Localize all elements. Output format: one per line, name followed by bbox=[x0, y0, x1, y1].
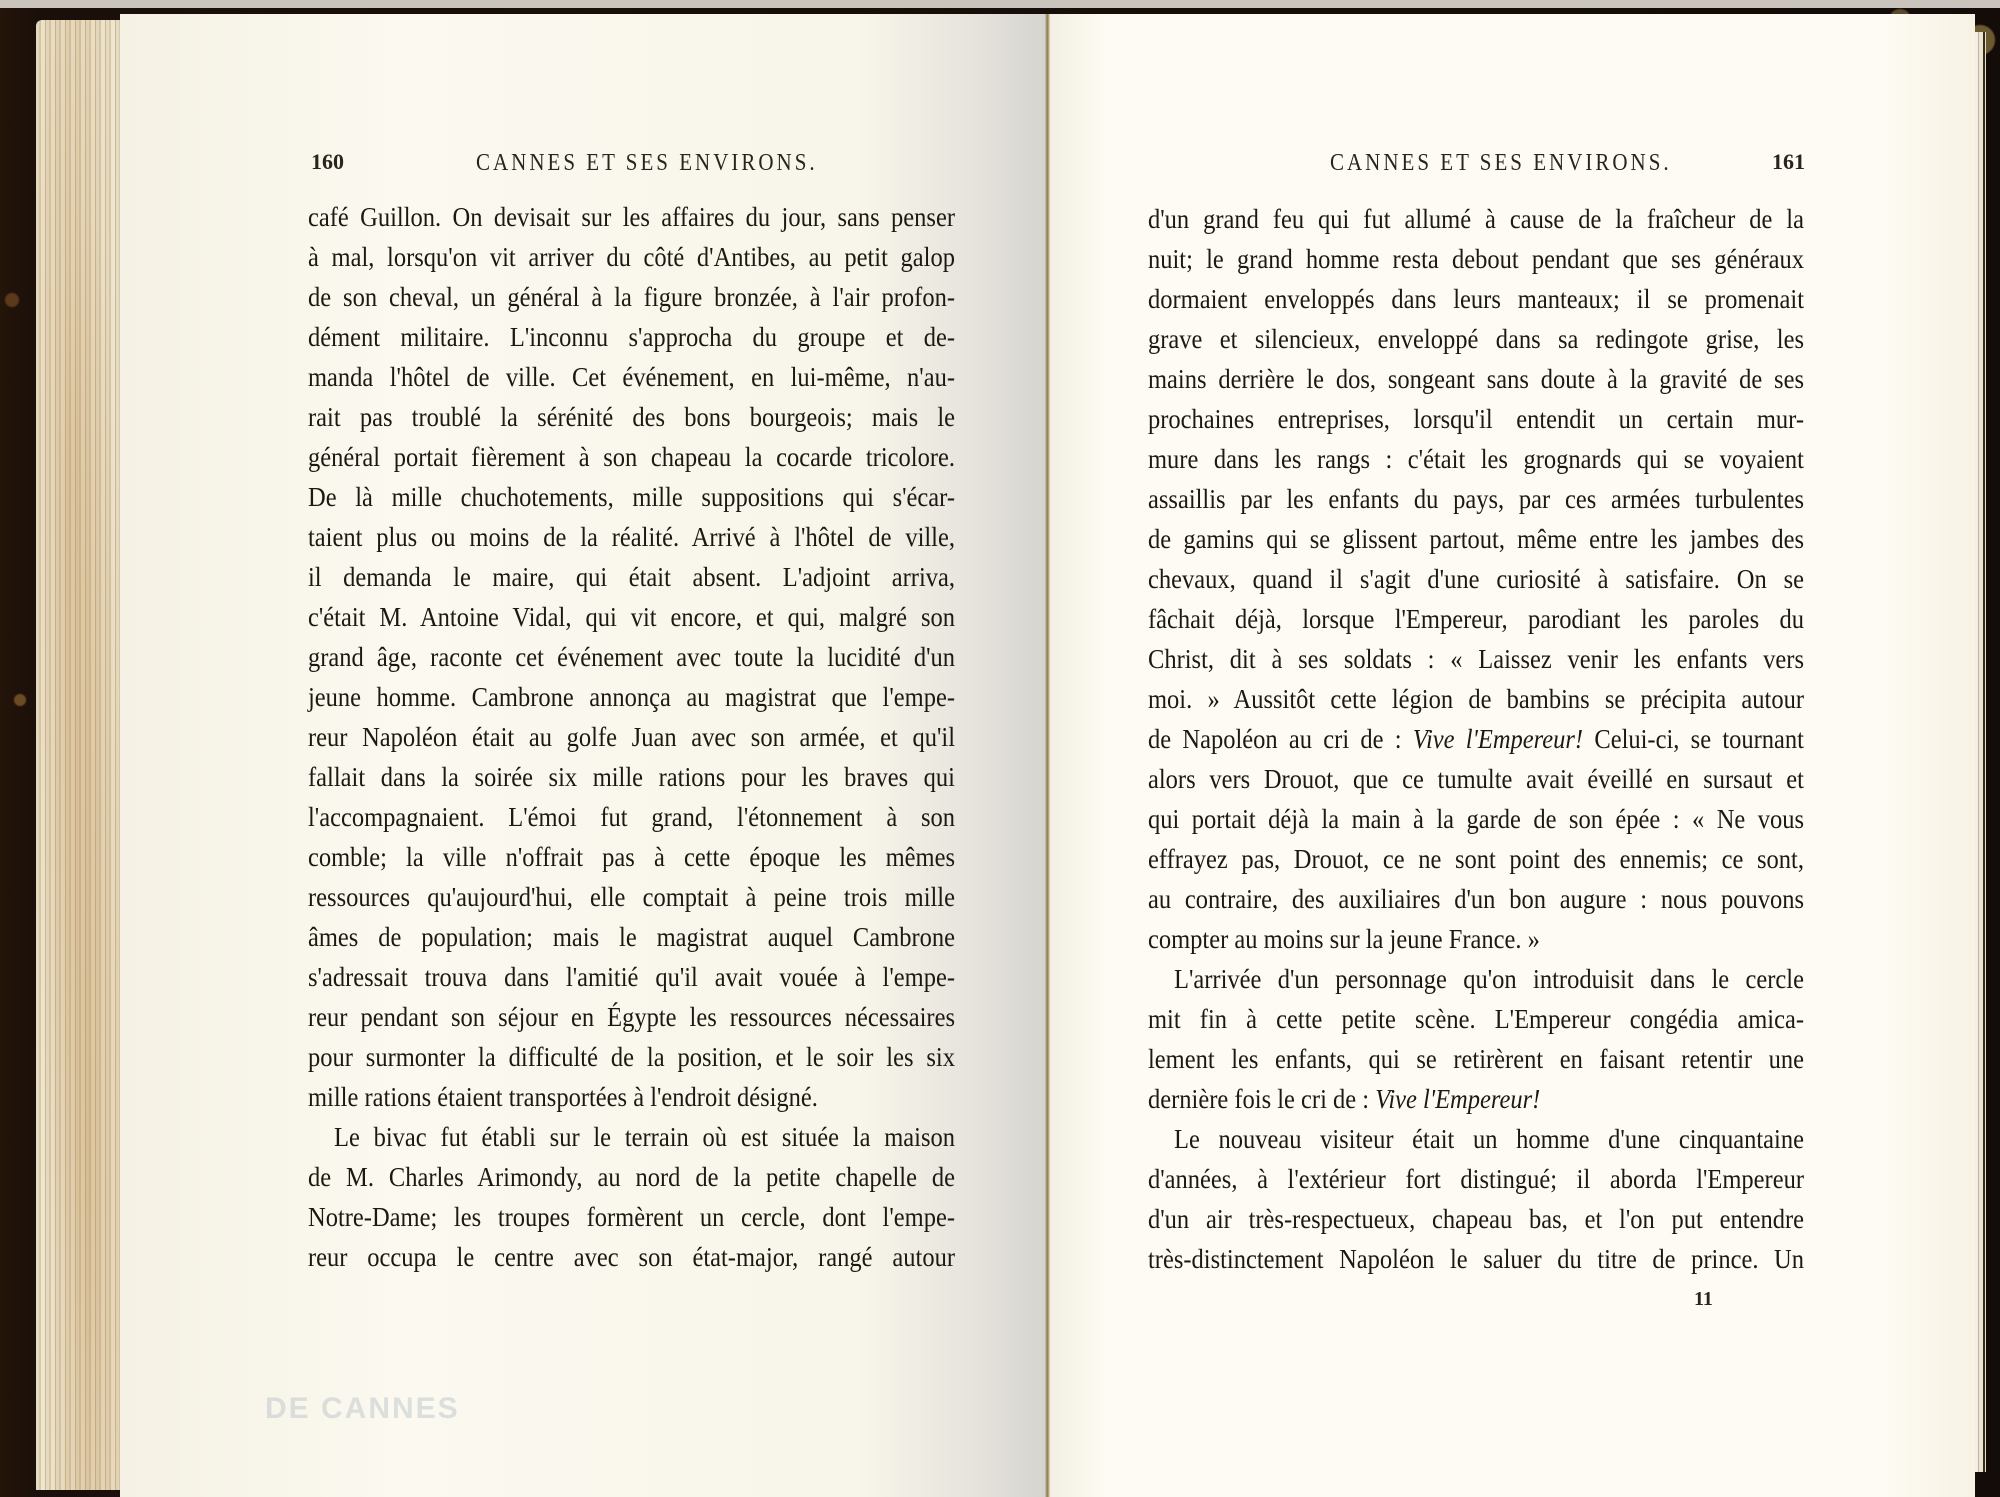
text-line: chevaux, quand il s'agit d'une curiosité… bbox=[1148, 558, 1804, 603]
text-line: fâchait déjà, lorsque l'Empereur, parodi… bbox=[1148, 598, 1804, 643]
right-page-number: 161 bbox=[1772, 149, 1805, 175]
text-line: assaillis par les enfants du pays, par c… bbox=[1148, 478, 1804, 523]
text-line: pour surmonter la difficulté de la posit… bbox=[308, 1036, 955, 1081]
text-line: ressources qu'aujourd'hui, elle comptait… bbox=[308, 876, 955, 921]
text-line: général portait fièrement à son chapeau … bbox=[308, 436, 955, 481]
text-line: dormaient enveloppés dans leurs manteaux… bbox=[1148, 278, 1804, 323]
show-through-text: DE CANNES bbox=[265, 1392, 460, 1426]
text-line: Notre-Dame; les troupes formèrent un cer… bbox=[308, 1196, 955, 1241]
text-line: lement les enfants, qui se retirèrent en… bbox=[1148, 1038, 1804, 1083]
text-line: au contraire, des auxiliaires d'un bon a… bbox=[1148, 878, 1804, 923]
text-line: taient plus ou moins de la réalité. Arri… bbox=[308, 516, 955, 561]
text-line: Le bivac fut établi sur le terrain où es… bbox=[308, 1116, 955, 1161]
text-line: très-distinctement Napoléon le saluer du… bbox=[1148, 1238, 1804, 1283]
text-line: mille rations étaient transportées à l'e… bbox=[308, 1076, 955, 1121]
text-line: alors vers Drouot, que ce tumulte avait … bbox=[1148, 758, 1804, 803]
text-line: De là mille chuchotements, mille supposi… bbox=[308, 476, 955, 521]
signature-mark: 11 bbox=[1694, 1288, 1713, 1311]
text-line: d'années, à l'extérieur fort distingué; … bbox=[1148, 1158, 1804, 1203]
text-line: jeune homme. Cambrone annonça au magistr… bbox=[308, 676, 955, 721]
right-running-head: CANNES ET SES ENVIRONS. bbox=[1330, 148, 1672, 177]
text-line: qui portait déjà la main à la garde de s… bbox=[1148, 798, 1804, 843]
text-line: mit fin à cette petite scène. L'Empereur… bbox=[1148, 998, 1804, 1043]
text-line: mains derrière le dos, songeant sans dou… bbox=[1148, 358, 1804, 403]
left-running-head: CANNES ET SES ENVIRONS. bbox=[476, 148, 818, 177]
text-line: mure dans les rangs : c'était les grogna… bbox=[1148, 438, 1804, 483]
text-line: café Guillon. On devisait sur les affair… bbox=[308, 196, 955, 241]
text-line: grand âge, raconte cet événement avec to… bbox=[308, 636, 955, 681]
text-line: compter au moins sur la jeune France. » bbox=[1148, 918, 1804, 963]
text-line: il demanda le maire, qui était absent. L… bbox=[308, 556, 955, 601]
left-page-edges bbox=[36, 20, 124, 1490]
text-line: L'arrivée d'un personnage qu'on introdui… bbox=[1148, 958, 1804, 1003]
text-line: manda l'hôtel de ville. Cet événement, e… bbox=[308, 356, 955, 401]
text-line: c'était M. Antoine Vidal, qui vit encore… bbox=[308, 596, 955, 641]
scan-background-strip bbox=[0, 0, 2000, 8]
text-line: reur occupa le centre avec son état-majo… bbox=[308, 1236, 955, 1281]
text-line: fallait dans la soirée six mille rations… bbox=[308, 756, 955, 801]
text-line: d'un air très-respectueux, chapeau bas, … bbox=[1148, 1198, 1804, 1243]
text-line: reur pendant son séjour en Égypte les re… bbox=[308, 996, 955, 1041]
text-line: nuit; le grand homme resta debout pendan… bbox=[1148, 238, 1804, 283]
text-line: Christ, dit à ses soldats : « Laissez ve… bbox=[1148, 638, 1804, 683]
text-line: de gamins qui se glissent partout, même … bbox=[1148, 518, 1804, 563]
text-line: de Napoléon au cri de : Vive l'Empereur!… bbox=[1148, 718, 1804, 763]
text-line: de M. Charles Arimondy, au nord de la pe… bbox=[308, 1156, 955, 1201]
text-line: comble; la ville n'offrait pas à cette é… bbox=[308, 836, 955, 881]
text-line: rait pas troublé la sérénité des bons bo… bbox=[308, 396, 955, 441]
italic-exclamation: Vive l'Empereur! bbox=[1413, 724, 1583, 754]
right-page-text: d'un grand feu qui fut allumé à cause de… bbox=[1148, 200, 1804, 1280]
text-line: Le nouveau visiteur était un homme d'une… bbox=[1148, 1118, 1804, 1163]
text-line: de son cheval, un général à la figure br… bbox=[308, 276, 955, 321]
text-line: effrayez pas, Drouot, ce ne sont point d… bbox=[1148, 838, 1804, 883]
text-line: âmes de population; mais le magistrat au… bbox=[308, 916, 955, 961]
text-line: prochaines entreprises, lorsqu'il entend… bbox=[1148, 398, 1804, 443]
text-line: s'adressait trouva dans l'amitié qu'il a… bbox=[308, 956, 955, 1001]
text-line: l'accompagnaient. L'émoi fut grand, l'ét… bbox=[308, 796, 955, 841]
text-line: à mal, lorsqu'on vit arriver du côté d'A… bbox=[308, 236, 955, 281]
text-line: d'un grand feu qui fut allumé à cause de… bbox=[1148, 198, 1804, 243]
text-line: dément militaire. L'inconnu s'approcha d… bbox=[308, 316, 955, 361]
text-line: moi. » Aussitôt cette légion de bambins … bbox=[1148, 678, 1804, 723]
text-line: dernière fois le cri de : Vive l'Empereu… bbox=[1148, 1078, 1804, 1123]
left-page-text: café Guillon. On devisait sur les affair… bbox=[308, 198, 955, 1278]
text-line: reur Napoléon était au golfe Juan avec s… bbox=[308, 716, 955, 761]
text-line: grave et silencieux, enveloppé dans sa r… bbox=[1148, 318, 1804, 363]
left-page-number: 160 bbox=[311, 149, 344, 175]
italic-exclamation: Vive l'Empereur! bbox=[1375, 1084, 1540, 1114]
